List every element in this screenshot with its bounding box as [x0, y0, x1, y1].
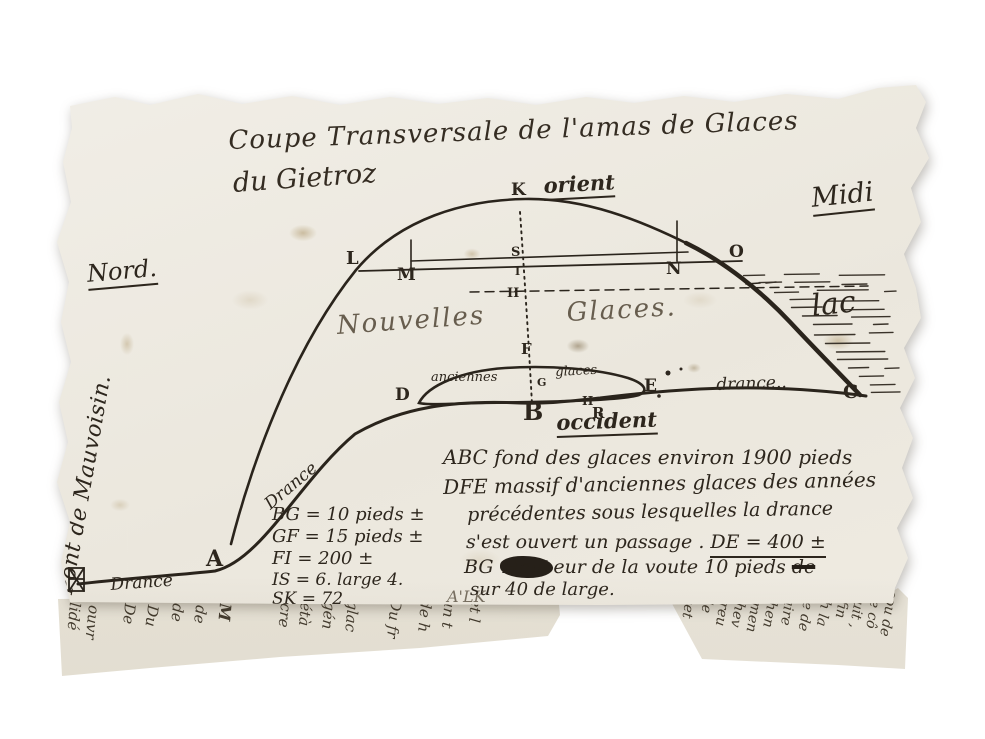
note-line-5: BG Hauteur de la voute 10 pieds de	[464, 558, 815, 577]
measurement-IS: IS = 6. large 4.	[272, 572, 403, 589]
point-K: K	[511, 182, 526, 199]
lake-label: lac	[810, 287, 857, 321]
point-O: O	[729, 244, 744, 261]
measurement-FI: FI = 200 ±	[272, 550, 373, 568]
river-label-left: Drance	[110, 573, 173, 594]
orientation-north: Nord.	[86, 256, 158, 291]
note-line-5-ref: BG	[464, 556, 500, 578]
dashed-H-line	[470, 286, 868, 292]
point-S: S	[511, 246, 520, 259]
point-A: A	[206, 548, 223, 570]
point-B: B	[523, 400, 543, 424]
main-sheet: Coupe Transversale de l'amas de Glaces d…	[0, 0, 985, 739]
scribbled-out-word: Haut	[500, 556, 554, 578]
point-L: L	[346, 250, 359, 268]
point-D: D	[395, 387, 410, 404]
note-line-4-text: s'est ouvert un passage .	[466, 531, 710, 553]
point-R: R	[592, 406, 604, 421]
dotted-axis-KB	[520, 212, 532, 404]
point-I: I	[515, 266, 520, 277]
manuscript-photo: lidé ouvr De Du de de M cre étà gén glac…	[0, 0, 985, 739]
new-ice-label-2: Glaces.	[566, 294, 677, 326]
band-lower-line	[359, 261, 742, 271]
note-line-4-measure: DE = 400 ±	[710, 531, 825, 558]
point-N: N	[666, 261, 682, 278]
ink-specks2	[657, 368, 682, 398]
point-G: G	[537, 377, 546, 388]
orientation-east: orient	[543, 171, 616, 201]
measurement-GF: GF = 15 pieds ±	[272, 528, 424, 546]
note-line-1: ABC fond des glaces environ 1900 pieds	[443, 447, 852, 467]
old-ice-label-1: anciennes	[431, 371, 497, 384]
note-line-5-text: eur de la voute 10 pieds	[553, 556, 791, 578]
band-upper-line	[411, 252, 688, 261]
struck-word: de	[792, 556, 815, 578]
measurement-SK: SK = 72	[272, 591, 343, 608]
note-line-6: sur 40 de large.	[470, 581, 615, 599]
point-M: M	[397, 267, 416, 284]
point-H-upper: H	[507, 287, 519, 300]
river-label-right: drance..	[716, 375, 787, 394]
orientation-west: occident	[556, 408, 657, 437]
main-sheet-shadow: Coupe Transversale de l'amas de Glaces d…	[0, 0, 985, 739]
old-ice-label-2: glaces	[555, 364, 598, 379]
point-E: E	[644, 378, 657, 395]
point-C: C	[843, 383, 858, 402]
point-F: F	[521, 342, 532, 357]
orientation-south: Midi	[810, 178, 875, 216]
note-line-4: s'est ouvert un passage . DE = 400 ±	[466, 533, 826, 552]
measurement-BG: BG = 10 pieds ±	[272, 506, 425, 524]
